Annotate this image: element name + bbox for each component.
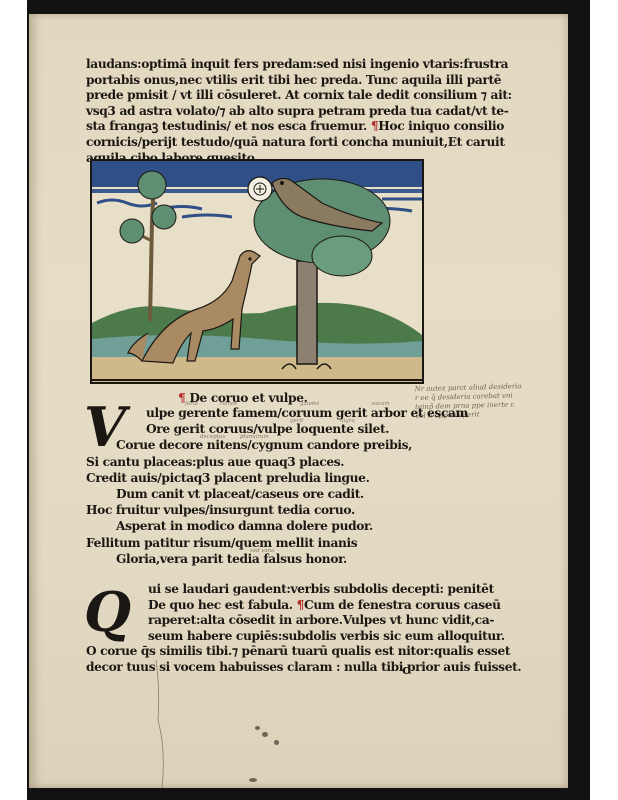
verse-line: Hoc fruitur vulpes/insurgunt tedia coruo… [86, 502, 468, 518]
text-line: laudans:optimā inquit fers predam:sed ni… [86, 57, 512, 73]
verse-line: Dum canit vt placeat/caseus ore cadit. [86, 486, 468, 502]
interlinear-gloss: escam [372, 401, 390, 407]
prose-line: seum habere cupiēs:subdolis verbis sic e… [86, 629, 521, 645]
interlinear-gloss: gaudet [300, 401, 319, 407]
text-segment: sta frangaꝫ testudinis/ et nos esca frue… [86, 119, 371, 133]
stain-mark [249, 778, 257, 782]
text-segment: De quo hec est fabula. [148, 598, 297, 612]
fox-and-raven-woodcut [92, 161, 422, 382]
verse-line: Ore gerit coruus/vulpe loquente silet. [86, 421, 468, 437]
pilcrow-mark: ¶ [297, 598, 304, 612]
interlinear-gloss: deceptus [200, 434, 225, 440]
verse-line: Gloria,vera parit tedia falsus honor. [86, 551, 468, 567]
prose-line: O corue q̄s similis tibi.⁊ pēnarū tuarū … [86, 644, 521, 660]
verse-line: Si cantu placeas:plus aue quaq3 places. [86, 454, 468, 470]
interlinear-gloss: ramos [220, 401, 237, 407]
signature-mark: c [402, 663, 410, 678]
interlinear-gloss: feria [185, 401, 198, 407]
stain-mark [274, 740, 279, 745]
verse-line: Credit auis/pictaq3 placent preludia lin… [86, 470, 468, 486]
verse-line: Corue decore nitens/cygnum candore preib… [86, 437, 468, 453]
text-line: portabis onus,nec vtilis erit tibi hec p… [86, 73, 512, 89]
text-line: prede pmisit / vt illi cōsuleret. At cor… [86, 88, 512, 104]
woodcut-illustration [90, 159, 424, 384]
text-line: cornicis/perijt testudo/quā natura forti… [86, 135, 512, 151]
text-line: sta frangaꝫ testudinis/ et nos esca frue… [86, 119, 512, 135]
interlinear-gloss: gerit [290, 418, 303, 424]
prose-line: raperet:alta cōsedit in arbore.Vulpes vt… [86, 613, 521, 629]
interlinear-gloss: sed vana [250, 548, 275, 554]
top-text-block: laudans:optimā inquit fers predam:sed ni… [86, 57, 512, 166]
verse-line: ulpe gerente famem/coruum gerit arbor et… [86, 405, 468, 421]
text-segment: Cum de fenestra coruus caseū [304, 598, 501, 612]
paper-crease [152, 660, 172, 788]
interlinear-gloss: nigra [340, 418, 355, 424]
stain-mark [262, 732, 268, 737]
fable-title-text: De coruo et vulpe. [189, 391, 307, 405]
text-segment: Hoc iniquo consilio [378, 119, 504, 133]
text-line: vsq3 ad astra volato/⁊ ab alto supra pet… [86, 104, 512, 120]
verse-line: Fellitum patitur risum/quem mellit inani… [86, 535, 468, 551]
prose-line: ui se laudari gaudent:verbis subdolis de… [86, 582, 521, 598]
stain-mark [255, 726, 260, 730]
verse-block: ulpe gerente famem/coruum gerit arbor et… [86, 405, 468, 567]
verse-line: Asperat in modico damna dolere pudor. [86, 518, 468, 534]
cheese [248, 177, 272, 201]
prose-line: De quo hec est fabula. ¶Cum de fenestra … [86, 598, 521, 614]
interlinear-gloss: plumarum [240, 434, 269, 440]
